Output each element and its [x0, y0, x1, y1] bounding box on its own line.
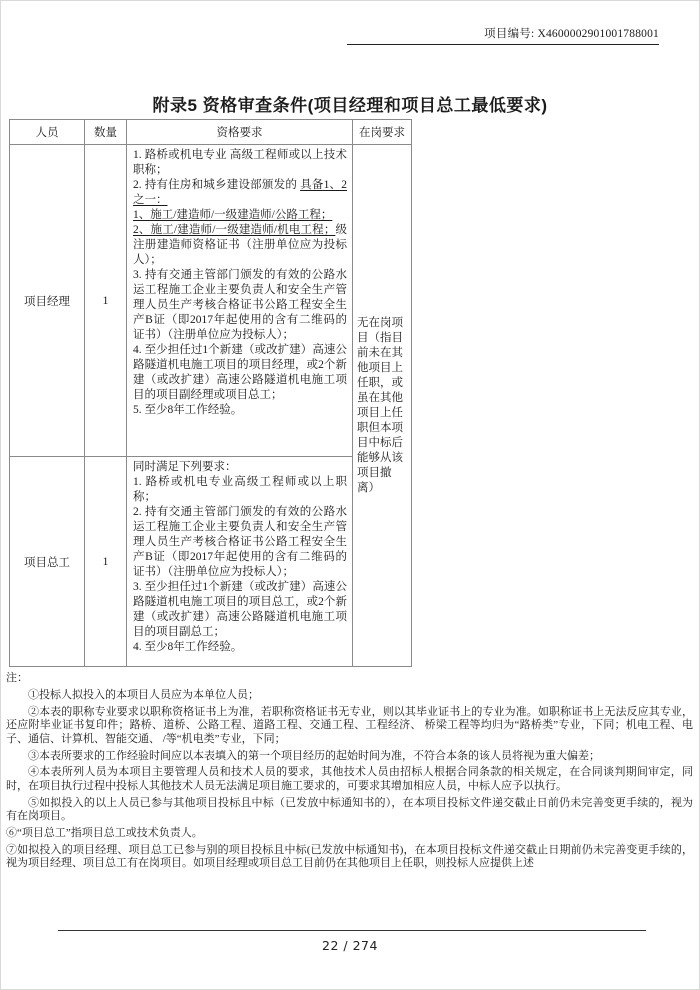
column-header-personnel: 人员 — [10, 120, 85, 145]
project-number-header: 项目编号: X4600002901001788001 — [347, 25, 659, 45]
note-item-7: ⑦如拟投入的项目经理、项目总工已参与别的项目投标且中标(已发放中标通知书)，在本… — [6, 844, 693, 871]
page-title: 附录5 资格审查条件(项目经理和项目总工最低要求) — [1, 91, 699, 116]
qualification-table: 人员 数量 资格要求 在岗要求 项目经理 1 1. 路桥或机电专业 高级工程师或… — [9, 119, 412, 667]
footer-divider — [58, 930, 646, 931]
onduty-requirement-cell: 无在岗项目（指目前未在其他项目上任职，或虽在其他项目上任职但本项目中标后能够从该… — [353, 145, 412, 667]
quantity-project-manager: 1 — [85, 145, 127, 457]
note-item-2: ②本表的职称专业要求以职称资格证书上为准，若职称资格证书无专业，则以其毕业证书上… — [6, 706, 693, 746]
note-item-1: ①投标人拟投入的本项目人员应为本单位人员； — [6, 689, 693, 702]
column-header-quantity: 数量 — [85, 120, 127, 145]
note-item-5: ⑤如拟投入的以上人员已参与其他项目投标且中标（已发放中标通知书的），在本项目投标… — [6, 797, 693, 824]
table-row: 项目经理 1 1. 路桥或机电专业 高级工程师或以上技术职称；2. 持有住房和城… — [10, 145, 412, 457]
requirements-project-manager: 1. 路桥或机电专业 高级工程师或以上技术职称；2. 持有住房和城乡建设部颁发的… — [127, 145, 353, 457]
column-header-qualification: 资格要求 — [127, 120, 353, 145]
note-item-3: ③本表所要求的工作经验时间应以本表填入的第一个项目经历的起始时间为准，不符合本条… — [6, 750, 693, 763]
document-page: 项目编号: X4600002901001788001 附录5 资格审查条件(项目… — [0, 0, 700, 990]
table-row: 项目总工 1 同时满足下列要求：1. 路桥或机电专业高级工程师或以上职称；2. … — [10, 457, 412, 667]
table-header-row: 人员 数量 资格要求 在岗要求 — [10, 120, 412, 145]
note-item-6: ⑥“项目总工”指项目总工或技术负责人。 — [6, 827, 693, 840]
quantity-chief-engineer: 1 — [85, 457, 127, 667]
role-chief-engineer: 项目总工 — [10, 457, 85, 667]
note-item-4: ④本表所列人员为本项目主要管理人员和技术人员的要求，其他技术人员由招标人根据合同… — [6, 766, 693, 793]
notes-section: 注： ①投标人拟投入的本项目人员应为本单位人员； ②本表的职称专业要求以职称资格… — [6, 672, 693, 871]
notes-label: 注： — [6, 672, 693, 685]
requirements-chief-engineer: 同时满足下列要求：1. 路桥或机电专业高级工程师或以上职称；2. 持有交通主管部… — [127, 457, 353, 667]
column-header-onduty: 在岗要求 — [353, 120, 412, 145]
page-number: 22 / 274 — [1, 938, 699, 953]
role-project-manager: 项目经理 — [10, 145, 85, 457]
